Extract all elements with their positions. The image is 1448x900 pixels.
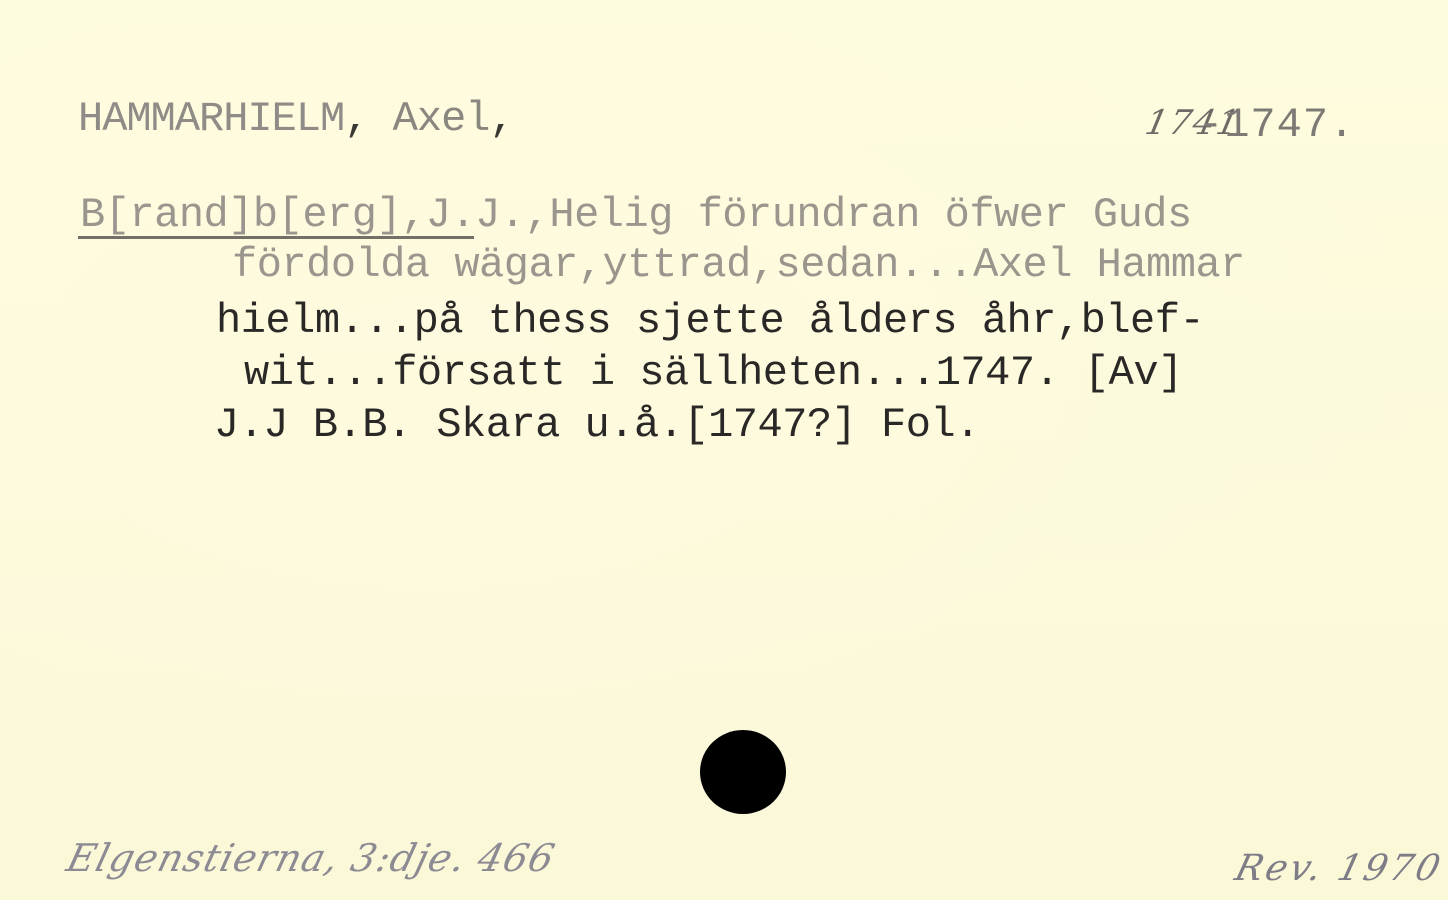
heading-last-name: HAMMARHIELM: [78, 95, 344, 143]
entry-line-1-text: ,J.J.,Helig förundran öfwer Guds: [401, 191, 1192, 239]
heading-dates: -1747.: [1198, 104, 1355, 146]
entry-line-1: B[rand]b[erg],J.J.,Helig förundran öfwer…: [80, 194, 1192, 236]
entry-line-3: hielm...på thess sjette ålders åhr,blef-: [216, 300, 1204, 342]
entry-author: B[rand]b[erg]: [80, 191, 401, 239]
heading-name: HAMMARHIELM, Axel,: [78, 98, 514, 140]
heading-end: ,: [490, 95, 514, 143]
catalog-card: HAMMARHIELM, Axel, 1741 -1747. B[rand]b[…: [0, 0, 1448, 900]
author-underline: [78, 236, 474, 239]
heading-first-name: Axel: [393, 95, 490, 143]
entry-line-4: wit...försatt i sällheten...1747. [Av]: [244, 352, 1183, 394]
entry-line-2: fördolda wägar,yttrad,sedan...Axel Hamma…: [232, 244, 1245, 286]
heading-separator: ,: [344, 95, 392, 143]
punch-hole: [700, 730, 786, 814]
handwritten-reference: Elgenstierna, 3:dje. 466: [63, 836, 560, 880]
entry-line-5: J.J B.B. Skara u.å.[1747?] Fol.: [214, 404, 980, 446]
handwritten-revision: Rev. 1970: [1231, 848, 1447, 889]
